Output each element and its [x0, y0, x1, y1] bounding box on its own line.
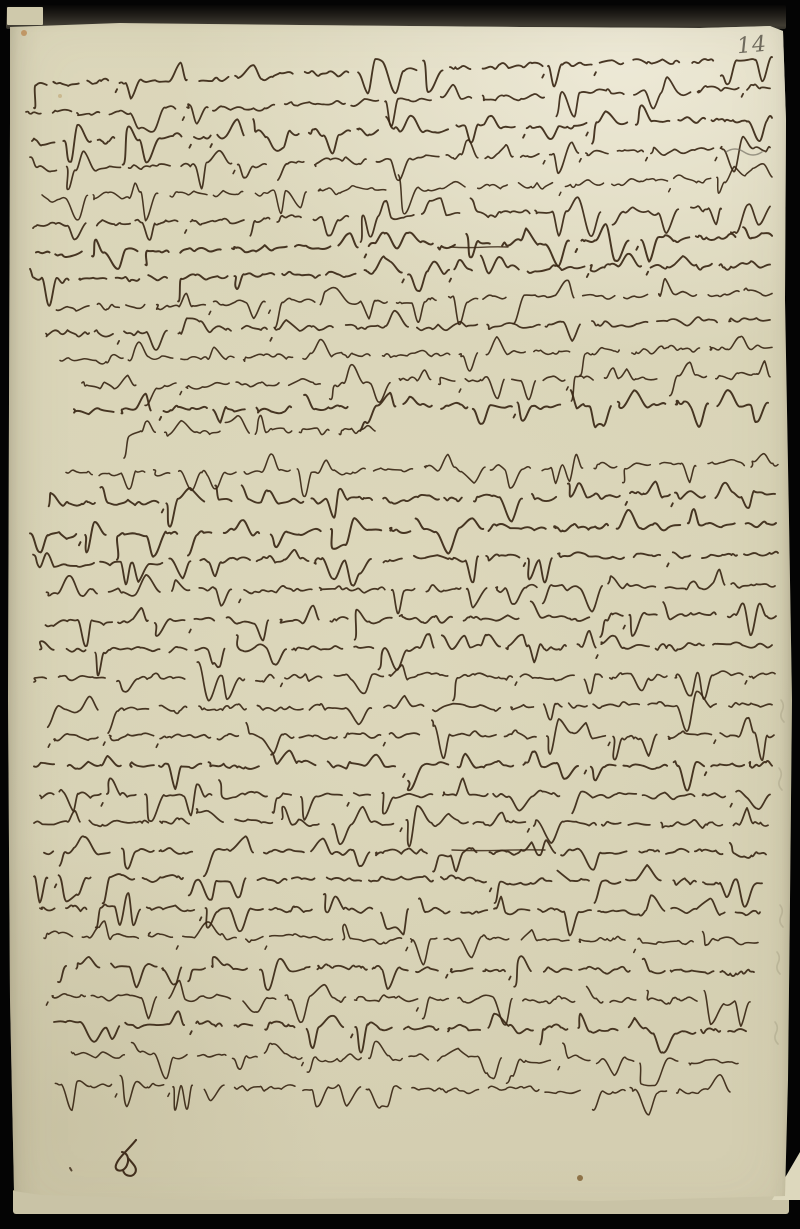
- manuscript-line: [49, 482, 775, 527]
- word-underline: [450, 247, 508, 248]
- bleed-through-mark: [781, 700, 784, 722]
- paper-stain: [577, 1175, 583, 1181]
- manuscript-line: [34, 751, 772, 791]
- ink-dot: [70, 1168, 72, 1171]
- manuscript-line: [32, 105, 772, 164]
- manuscript-line: [40, 778, 770, 821]
- bleed-through-mark: [775, 1022, 778, 1044]
- manuscript-line: [46, 601, 777, 646]
- manuscript-line: [71, 1041, 738, 1085]
- manuscript-line: [30, 254, 770, 306]
- manuscript-line: [66, 454, 778, 497]
- bleed-through-mark: [777, 952, 780, 974]
- manuscript-line: [33, 550, 778, 586]
- manuscript-line: [44, 836, 766, 876]
- manuscript-page: 14: [0, 0, 800, 1229]
- pencil-squiggle: [726, 149, 762, 155]
- manuscript-line: [46, 311, 770, 350]
- underlying-page-tab: [7, 7, 43, 25]
- manuscript-line: [40, 631, 772, 676]
- manuscript-line: [34, 57, 772, 108]
- manuscript-line: [54, 1011, 746, 1052]
- word-underline: [452, 850, 545, 851]
- manuscript-line: [34, 865, 762, 907]
- manuscript-line: [60, 336, 772, 375]
- catchword-mark: [116, 1140, 136, 1176]
- manuscript-line: [82, 361, 770, 406]
- manuscript-line: [55, 1075, 730, 1115]
- manuscript-line: [46, 981, 750, 1027]
- manuscript-line: [36, 224, 772, 269]
- manuscript-line: [58, 956, 754, 990]
- manuscript-line: [124, 415, 375, 458]
- photograph-background: 14: [0, 0, 800, 1229]
- manuscript-line: [44, 921, 758, 965]
- bleed-through-mark: [780, 905, 783, 927]
- manuscript-line: [40, 893, 760, 935]
- bleed-through-mark: [779, 768, 782, 790]
- manuscript-line: [48, 718, 774, 761]
- manuscript-line: [48, 691, 772, 733]
- handwriting-layer: [0, 0, 800, 1229]
- manuscript-line: [42, 164, 772, 221]
- manuscript-line: [34, 806, 768, 847]
- paper-stain: [58, 94, 62, 98]
- paper-stain: [21, 30, 27, 36]
- manuscript-line: [30, 509, 776, 560]
